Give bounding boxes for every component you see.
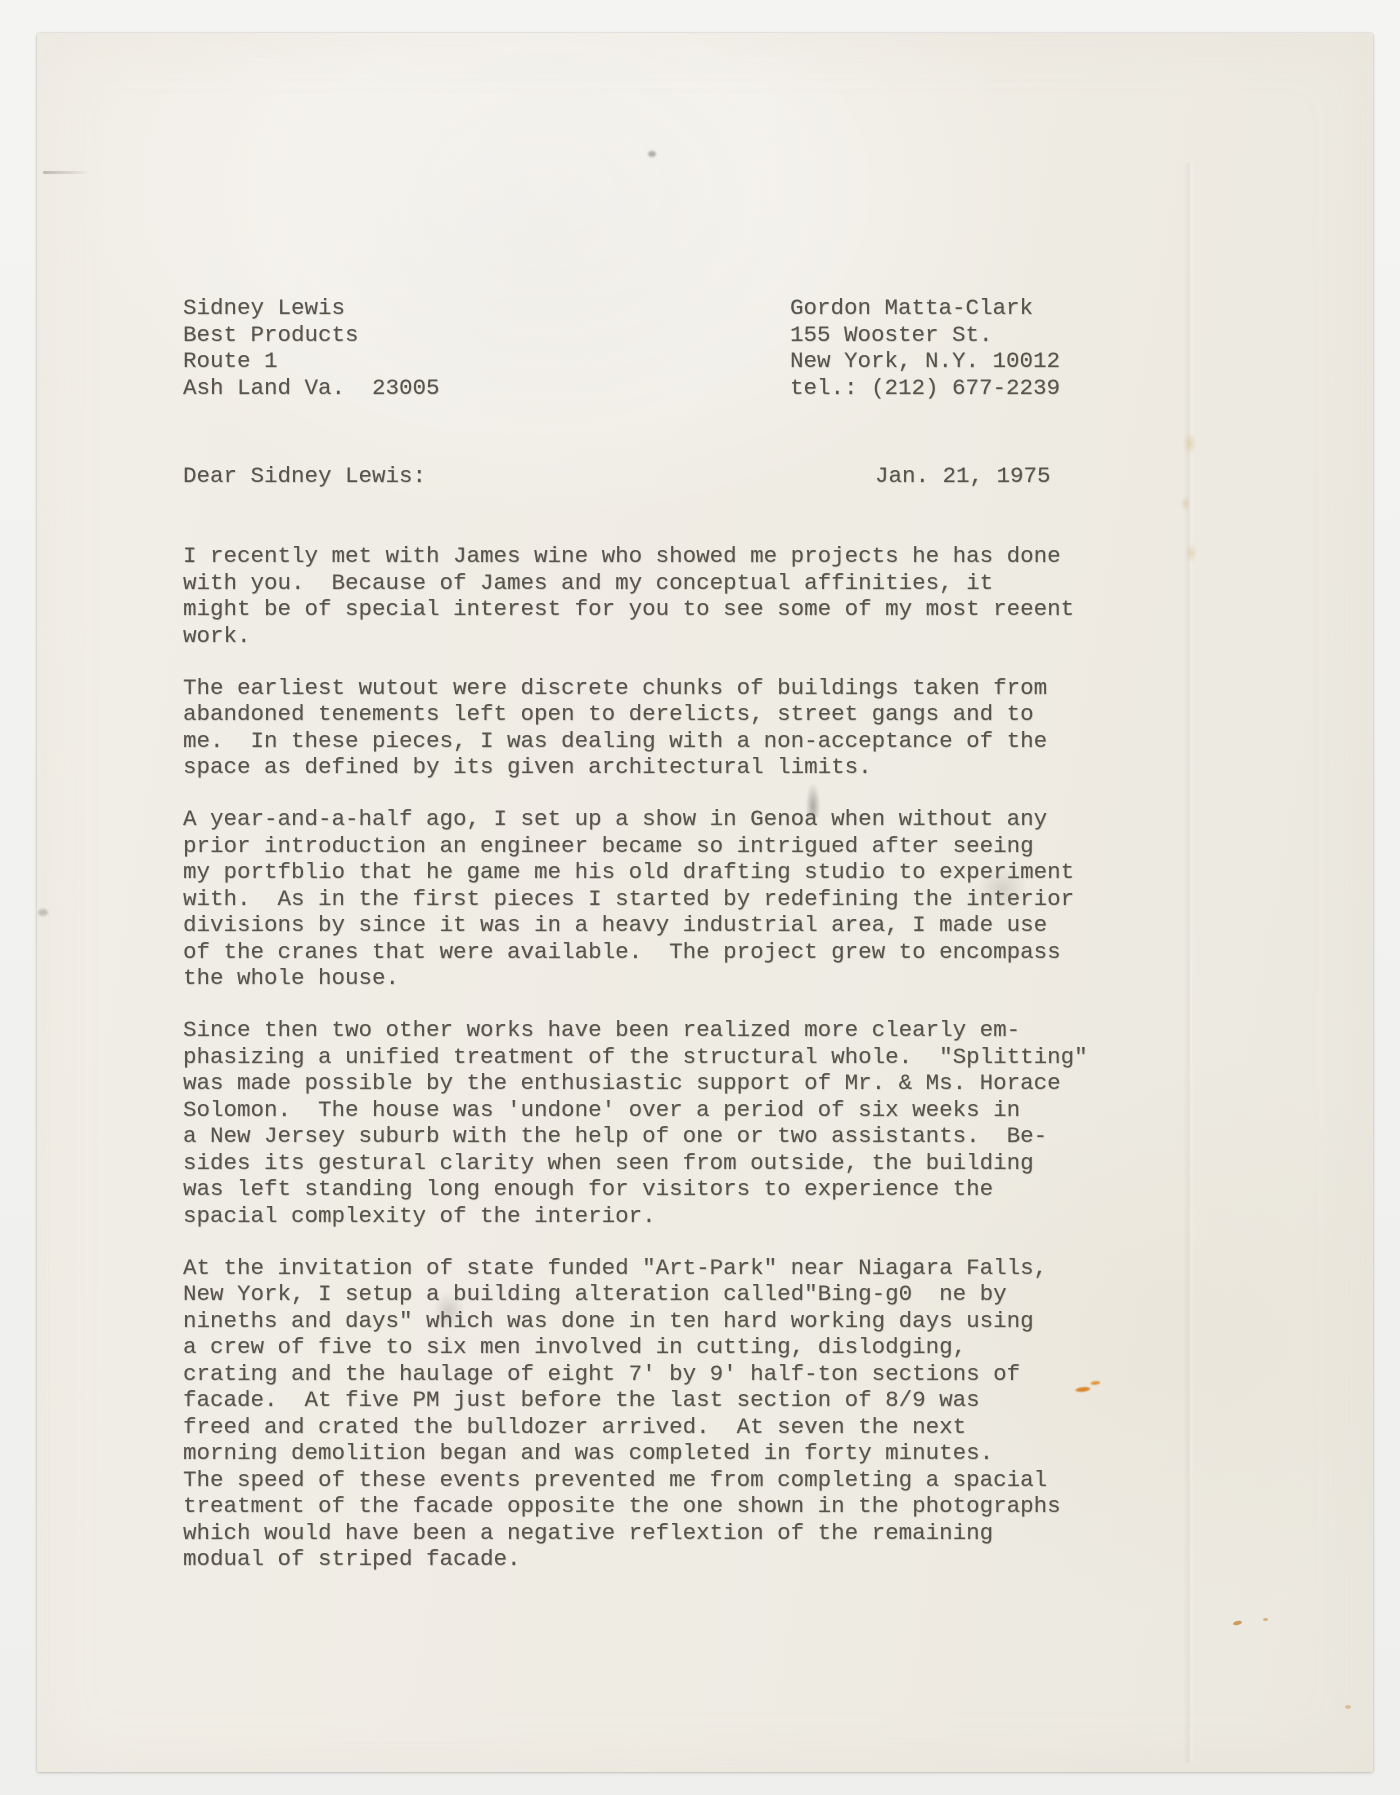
- yellow-edge-stain: [1173, 421, 1201, 571]
- edge-mark: [38, 909, 48, 916]
- recipient-address-block: Sidney Lewis Best Products Route 1 Ash L…: [183, 295, 440, 401]
- rust-speck: [1263, 1618, 1268, 1621]
- date: Jan. 21, 1975: [875, 463, 1051, 490]
- rust-speck: [1345, 1705, 1351, 1709]
- pencil-mark: [43, 171, 91, 174]
- body-paragraph-4: Since then two other works have been rea…: [183, 1017, 1088, 1229]
- salutation: Dear Sidney Lewis:: [183, 463, 426, 490]
- body-paragraph-3: A year-and-a-half ago, I set up a show i…: [183, 806, 1088, 992]
- rust-speck: [1233, 1620, 1243, 1626]
- scan-background: Sidney Lewis Best Products Route 1 Ash L…: [0, 0, 1400, 1795]
- letter-body: I recently met with James wine who showe…: [183, 543, 1088, 1598]
- body-paragraph-5: At the invitation of state funded "Art-P…: [183, 1255, 1088, 1573]
- body-paragraph-2: The earliest wutout were discrete chunks…: [183, 675, 1088, 781]
- letter-page: Sidney Lewis Best Products Route 1 Ash L…: [37, 33, 1373, 1772]
- ink-speck: [648, 151, 656, 157]
- body-paragraph-1: I recently met with James wine who showe…: [183, 543, 1088, 649]
- sender-address-block: Gordon Matta-Clark 155 Wooster St. New Y…: [790, 295, 1060, 401]
- fold-crease: [1183, 163, 1195, 1763]
